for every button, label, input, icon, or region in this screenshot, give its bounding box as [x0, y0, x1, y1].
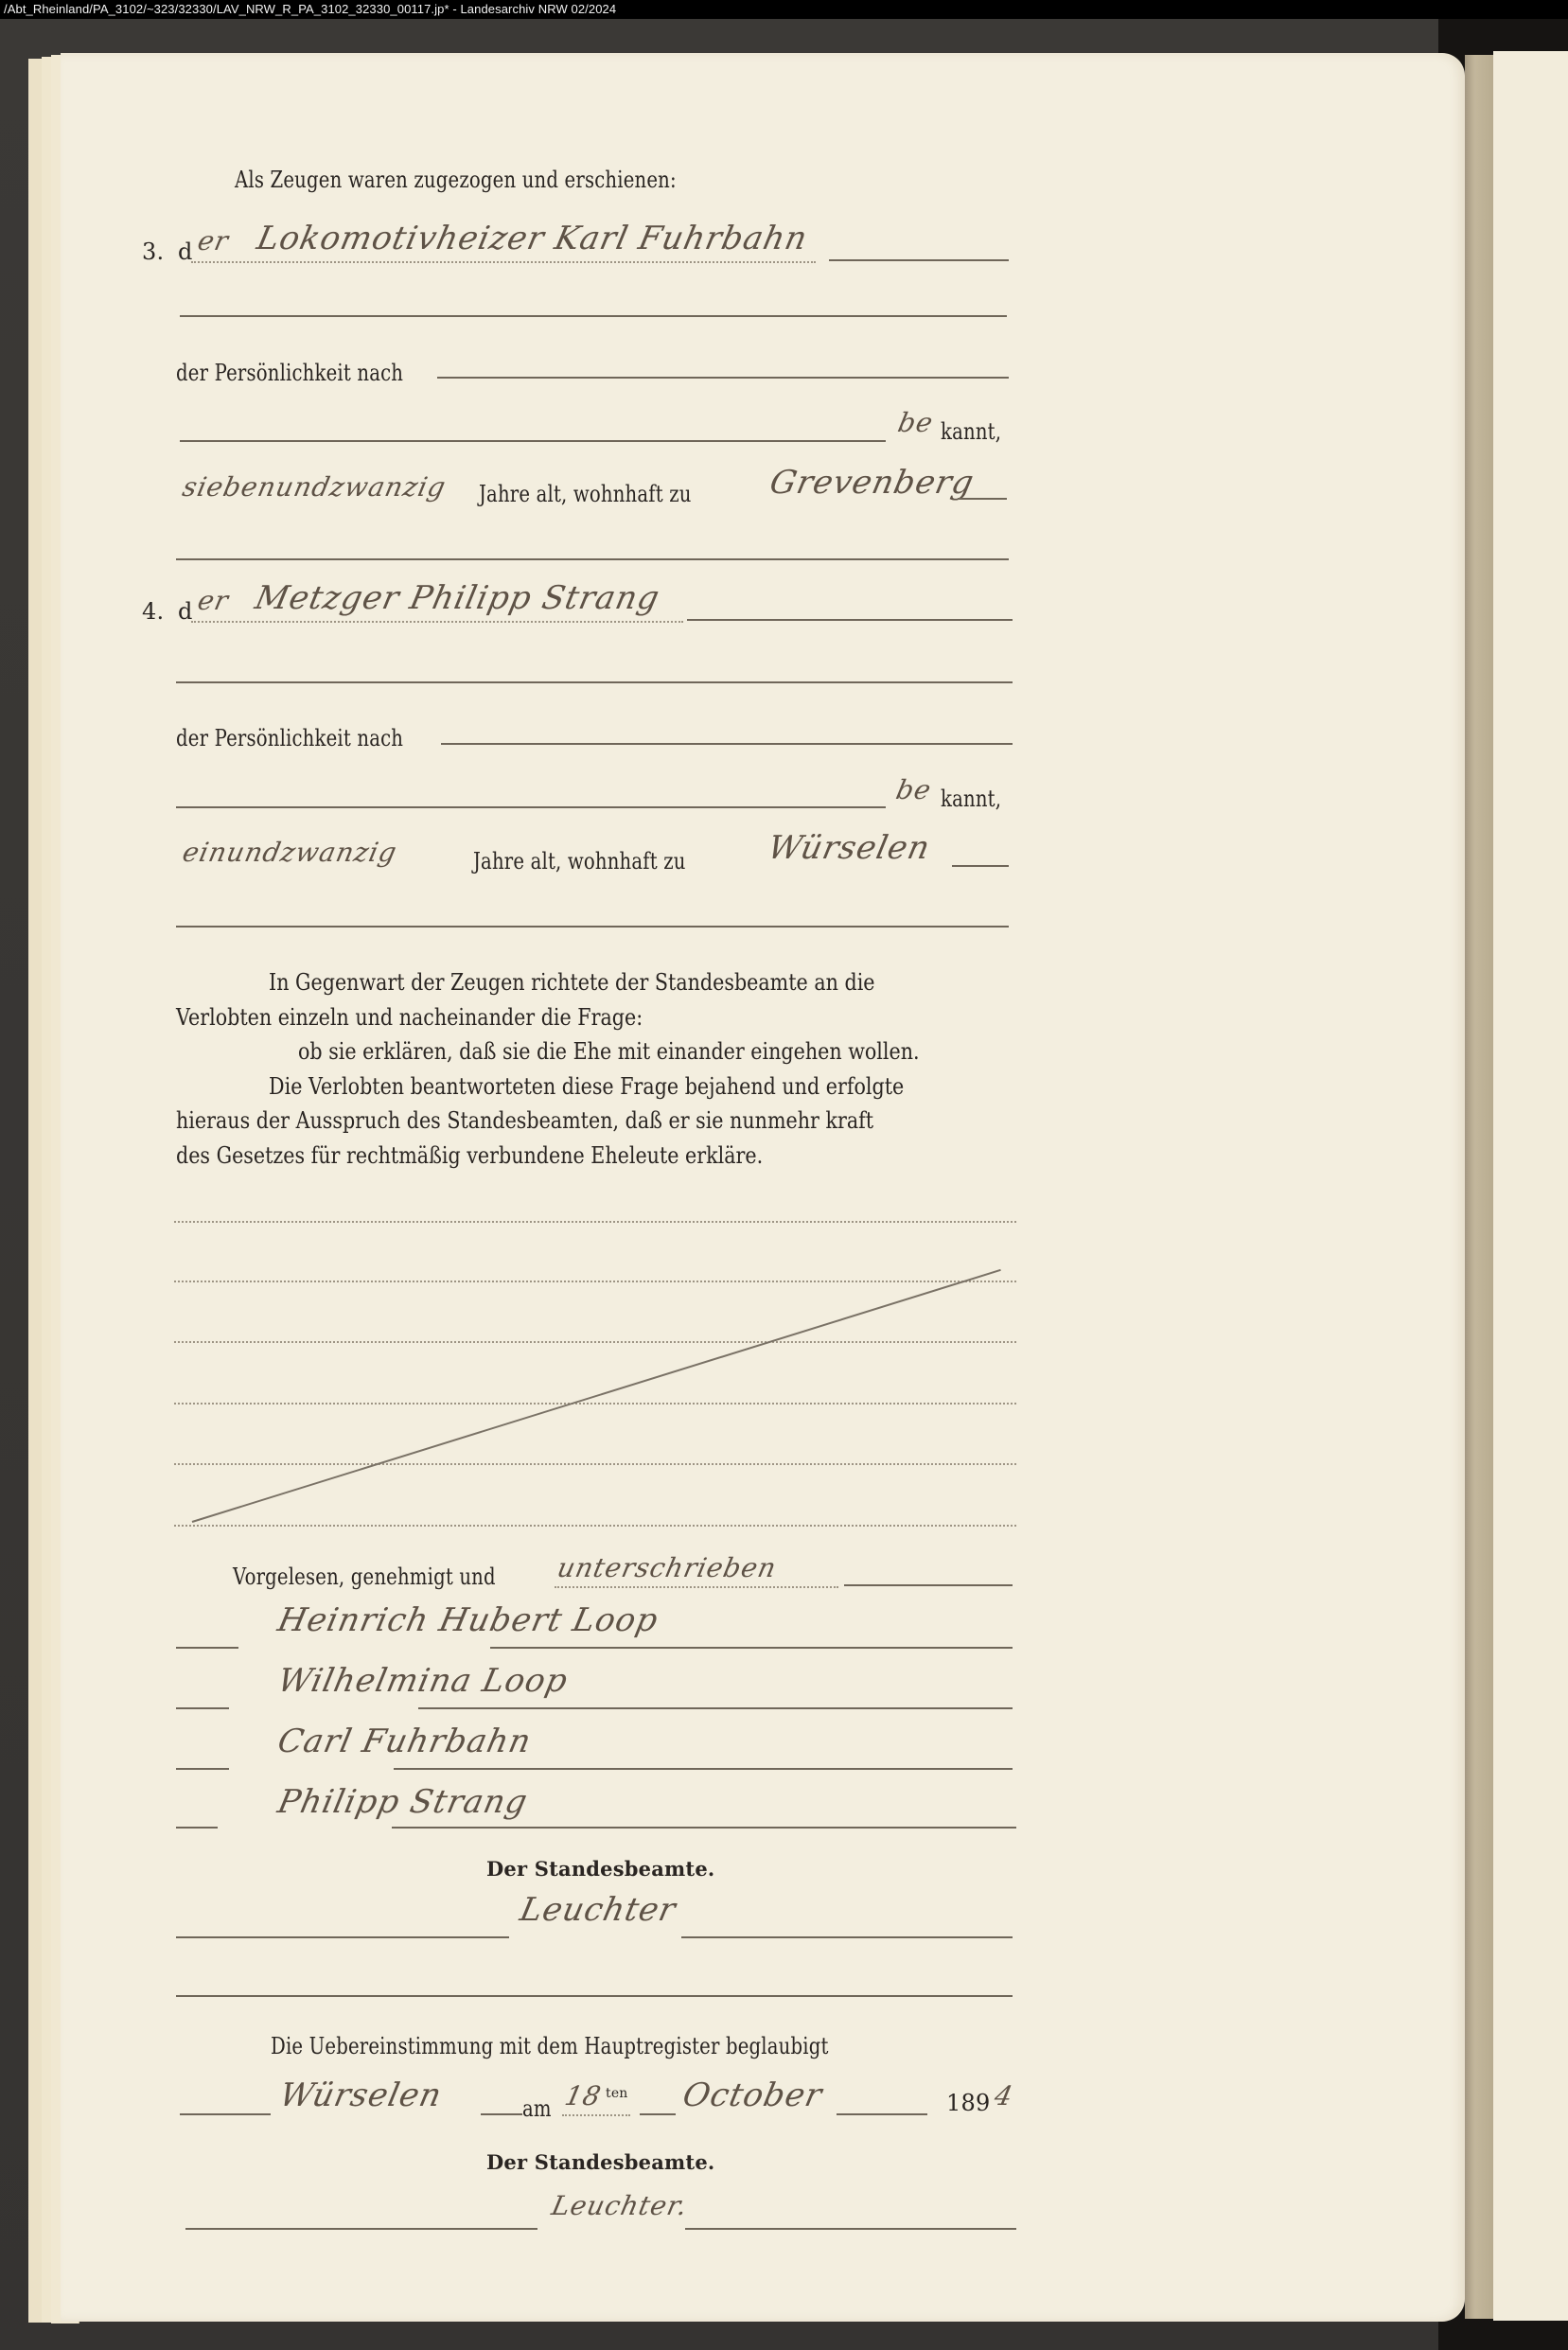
age-hand: siebenundzwanzig: [180, 471, 449, 503]
dotted-line: [174, 1463, 1016, 1465]
rule-line: [490, 1647, 1013, 1649]
dotted-line: [174, 1281, 1016, 1282]
ceremony-line: In Gegenwart der Zeugen richtete der Sta…: [176, 965, 900, 1000]
book-gutter: [1465, 55, 1493, 2319]
residence-hand: Grevenberg: [766, 464, 978, 502]
dotted-line: [191, 261, 816, 263]
rule-line: [685, 2228, 1016, 2230]
dotted-line: [562, 2114, 630, 2116]
known-hand: be: [895, 407, 937, 438]
register-page: [61, 53, 1465, 2322]
witness-number: 3.: [142, 239, 164, 265]
certification-month: October: [679, 2076, 826, 2114]
read-approved-label: Vorgelesen, genehmigt und: [233, 1564, 496, 1590]
age-label: Jahre alt, wohnhaft zu: [473, 848, 686, 875]
rule-line: [176, 1707, 229, 1709]
age-label: Jahre alt, wohnhaft zu: [479, 481, 692, 507]
signature-witness-3: Carl Fuhrbahn: [274, 1723, 535, 1760]
rule-line: [437, 377, 1009, 379]
witness-number: 4.: [142, 598, 164, 625]
dotted-line: [191, 621, 683, 623]
rule-line: [681, 1936, 1013, 1938]
rule-line: [952, 865, 1009, 867]
ceremony-line: hieraus der Ausspruch des Standesbeamten…: [176, 1104, 900, 1139]
rule-line: [640, 2113, 676, 2115]
age-hand: einundzwanzig: [180, 837, 400, 868]
rule-line: [176, 926, 1009, 928]
dotted-line: [174, 1403, 1016, 1405]
signature-witness-4: Philipp Strang: [274, 1783, 531, 1821]
ceremony-line: Die Verlobten beantworteten diese Frage …: [176, 1069, 900, 1104]
read-approved-hand: unterschrieben: [555, 1552, 780, 1583]
rule-line: [687, 619, 1013, 621]
personality-label: der Persönlichkeit nach: [176, 360, 403, 386]
certification-registrar-label: Der Standesbeamte.: [486, 2150, 714, 2174]
rule-line: [176, 1827, 218, 1829]
rule-line: [837, 2113, 927, 2115]
rule-line: [185, 2228, 537, 2230]
dotted-line: [174, 1341, 1016, 1343]
known-hand: be: [893, 774, 935, 805]
ceremony-line: Verlobten einzeln und nacheinander die F…: [176, 1000, 900, 1035]
rule-line: [176, 1768, 229, 1770]
dotted-line: [174, 1525, 1016, 1527]
rule-line: [392, 1827, 1016, 1829]
window-title-bar: /Abt_Rheinland/PA_3102/~323/32330/LAV_NR…: [0, 0, 1568, 19]
rule-line: [176, 558, 1009, 560]
window-title: /Abt_Rheinland/PA_3102/~323/32330/LAV_NR…: [4, 2, 616, 16]
rule-line: [180, 315, 1007, 317]
certification-year-print: 189: [946, 2090, 990, 2116]
rule-line: [176, 806, 886, 808]
personality-label: der Persönlichkeit nach: [176, 725, 403, 751]
rule-line: [176, 1995, 1013, 1997]
dotted-line: [174, 1221, 1016, 1223]
rule-line: [394, 1768, 1013, 1770]
facing-page: [1493, 51, 1568, 2321]
ceremony-line: ob sie erklären, daß sie die Ehe mit ein…: [176, 1034, 900, 1069]
rule-line: [176, 681, 1013, 683]
residence-hand: Würselen: [765, 829, 934, 867]
registrar-label: Der Standesbeamte.: [486, 1857, 714, 1881]
witness-occupation-name: Metzger Philipp Strang: [252, 579, 663, 617]
rule-line: [180, 440, 886, 442]
rule-line: [176, 1936, 509, 1938]
rule-line: [176, 1647, 238, 1649]
certification-day: 18: [562, 2080, 605, 2111]
known-print: kannt,: [941, 418, 1001, 445]
witness-occupation-name: Lokomotivheizer Karl Fuhrbahn: [254, 220, 811, 257]
ceremony-line: des Gesetzes für rechtmäßig verbundene E…: [176, 1139, 900, 1174]
rule-line: [441, 743, 1013, 745]
signature-bride: Wilhelmina Loop: [274, 1662, 572, 1700]
rule-line: [418, 1707, 1013, 1709]
certification-text: Die Uebereinstimmung mit dem Hauptregist…: [271, 2033, 829, 2059]
certification-registrar-signature: Leuchter.: [549, 2190, 691, 2221]
day-suffix: ten: [606, 2086, 628, 2101]
rule-line: [958, 498, 1007, 500]
rule-line: [844, 1584, 1013, 1586]
witnesses-heading: Als Zeugen waren zugezogen und erschiene…: [235, 167, 677, 193]
ceremony-paragraph: In Gegenwart der Zeugen richtete der Sta…: [176, 965, 1018, 1173]
registrar-signature: Leuchter: [517, 1891, 679, 1929]
known-print: kannt,: [941, 786, 1001, 812]
rule-line: [481, 2113, 522, 2115]
rule-line: [829, 259, 1009, 261]
certification-place: Würselen: [276, 2076, 446, 2114]
signature-groom: Heinrich Hubert Loop: [274, 1601, 661, 1639]
rule-line: [180, 2113, 271, 2115]
dotted-line: [555, 1586, 838, 1588]
am-label: am: [522, 2095, 552, 2122]
